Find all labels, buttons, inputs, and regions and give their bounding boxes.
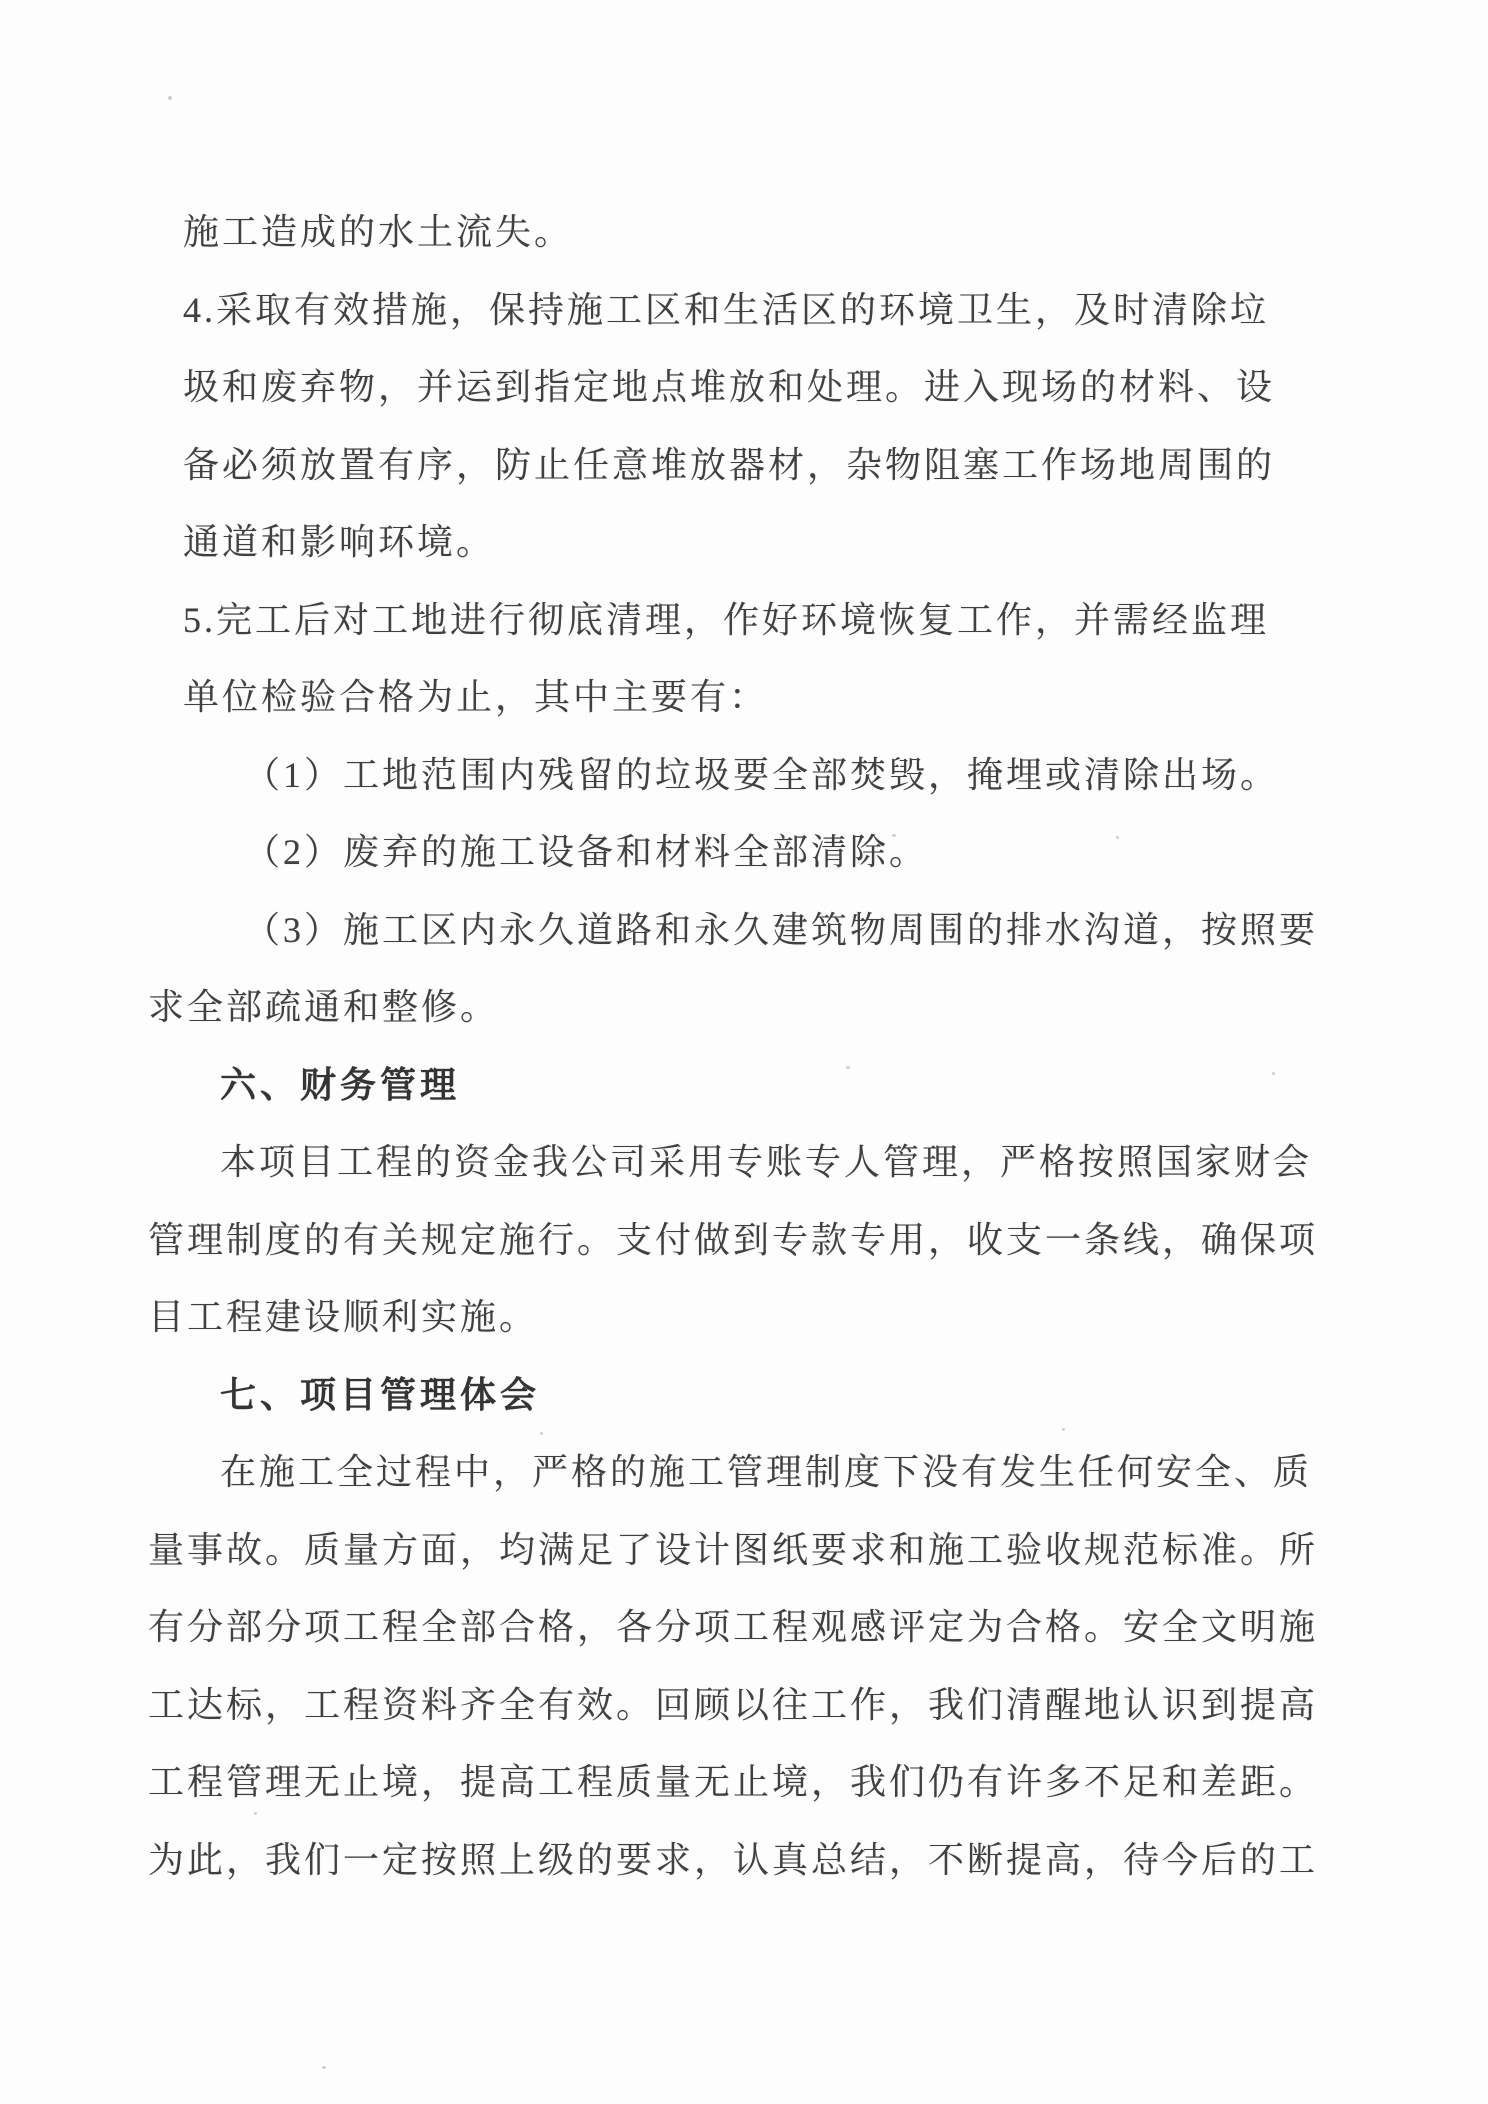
- scan-speck: [1272, 1072, 1275, 1075]
- scan-speck: [540, 1432, 543, 1435]
- text-line: 5.完工后对工地进行彻底清理，作好环境恢复工作，并需经监理: [183, 600, 1269, 640]
- text-line: 有分部分项工程全部合格，各分项工程观感评定为合格。安全文明施: [148, 1607, 1318, 1647]
- text-line: 在施工全过程中，严格的施工管理制度下没有发生任何安全、质: [220, 1452, 1312, 1492]
- section-heading: 六、财务管理: [220, 1065, 460, 1105]
- text-line: 目工程建设顺利实施。: [148, 1297, 538, 1337]
- text-line: 通道和影响环境。: [183, 522, 495, 562]
- text-line: 本项目工程的资金我公司采用专账专人管理，严格按照国家财会: [220, 1142, 1312, 1182]
- text-line: 管理制度的有关规定施行。支付做到专款专用，收支一条线，确保项: [148, 1220, 1318, 1260]
- scan-speck: [1116, 836, 1119, 839]
- text-line: 施工造成的水土流失。: [183, 212, 573, 252]
- scan-speck: [322, 2066, 326, 2069]
- text-line: 工程管理无止境，提高工程质量无止境，我们仍有许多不足和差距。: [148, 1762, 1318, 1802]
- scan-speck: [846, 1066, 850, 1069]
- text-line: 工达标，工程资料齐全有效。回顾以往工作，我们清醒地认识到提高: [148, 1685, 1318, 1725]
- text-line: 圾和废弃物，并运到指定地点堆放和处理。进入现场的材料、设: [183, 367, 1275, 407]
- text-line: 求全部疏通和整修。: [148, 987, 499, 1027]
- text-line: 为此，我们一定按照上级的要求，认真总结，不断提高，待今后的工: [148, 1840, 1318, 1880]
- text-line: （3）施工区内永久道路和永久建筑物周围的排水沟道，按照要: [244, 910, 1318, 950]
- text-line: （1）工地范围内残留的垃圾要全部焚毁，掩埋或清除出场。: [244, 755, 1279, 795]
- scan-speck: [254, 1812, 257, 1815]
- text-line: 4.采取有效措施，保持施工区和生活区的环境卫生，及时清除垃: [183, 290, 1269, 330]
- scan-speck: [892, 834, 896, 837]
- text-line: 备必须放置有序，防止任意堆放器材，杂物阻塞工作场地周围的: [183, 445, 1275, 485]
- scan-speck: [168, 96, 172, 100]
- text-line: （2）废弃的施工设备和材料全部清除。: [244, 832, 928, 872]
- text-line: 单位检验合格为止，其中主要有：: [183, 677, 768, 717]
- text-line: 量事故。质量方面，均满足了设计图纸要求和施工验收规范标准。所: [148, 1530, 1318, 1570]
- document-page: 施工造成的水土流失。4.采取有效措施，保持施工区和生活区的环境卫生，及时清除垃圾…: [0, 0, 1488, 2104]
- scan-speck: [1062, 1428, 1065, 1431]
- section-heading: 七、项目管理体会: [220, 1375, 540, 1415]
